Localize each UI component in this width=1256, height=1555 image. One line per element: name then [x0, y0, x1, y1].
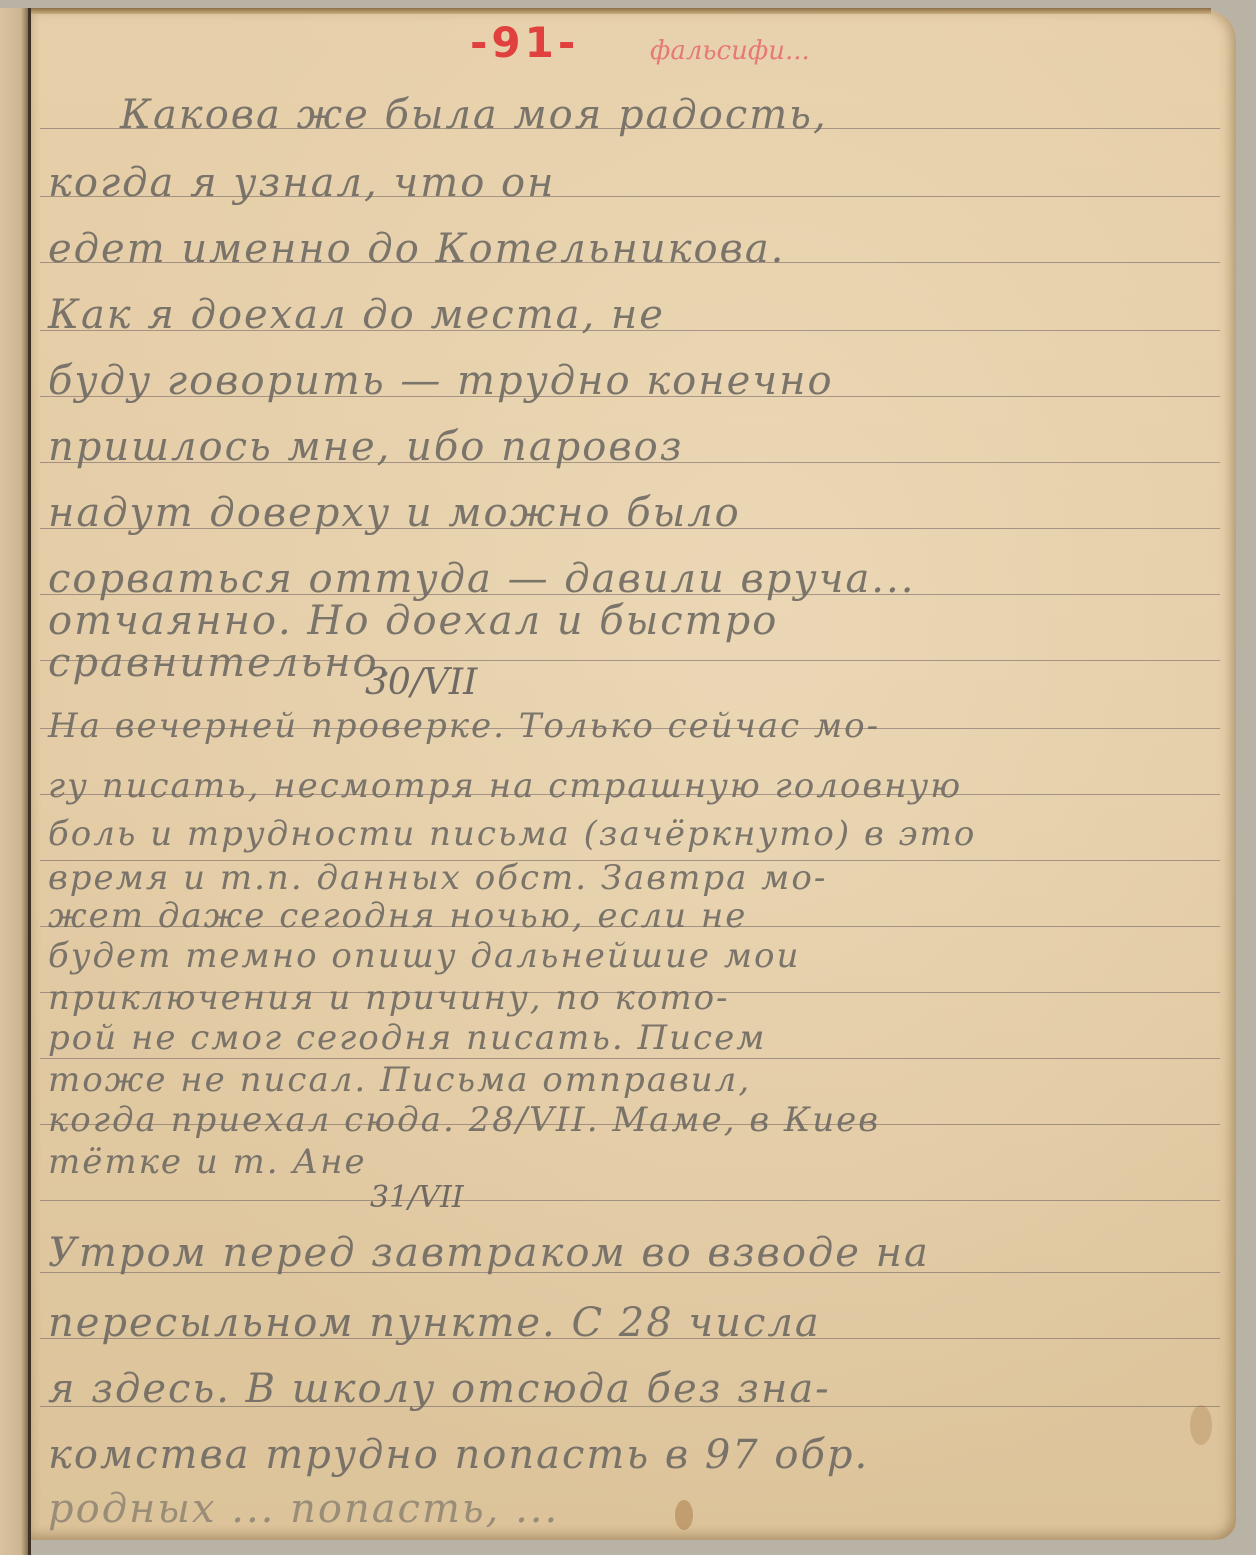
facing-page-edge — [0, 8, 30, 1555]
entry-date: 30/VII — [365, 662, 477, 703]
text-line: жет даже сегодня ночью, если не — [48, 896, 747, 936]
text-line: боль и трудности письма (зачёркнуто) в э… — [48, 814, 976, 854]
text-line: рой не смог сегодня писать. Писем — [48, 1018, 766, 1058]
text-line: тоже не писал. Письма отправил, — [48, 1060, 751, 1100]
ruled-line — [40, 1058, 1220, 1059]
text-line: Как я доехал до места, не — [48, 292, 665, 338]
text-line: будет темно опишу дальнейшие мои — [48, 936, 800, 976]
text-line: комства трудно попасть в 97 обр. — [48, 1432, 869, 1478]
paper-stain — [675, 1500, 693, 1530]
text-line: время и т.п. данных обст. Завтра мо- — [48, 858, 827, 898]
text-line: едет именно до Котельникова. — [48, 226, 785, 272]
paper-stain — [1190, 1405, 1212, 1445]
page-number: -91- — [470, 18, 579, 67]
text-line: На вечерней проверке. Только сейчас мо- — [48, 706, 880, 746]
text-line: пришлось мне, ибо паровоз — [48, 424, 684, 470]
text-line: отчаянно. Но доехал и быстро — [48, 598, 778, 644]
text-line: надут доверху и можно было — [48, 490, 741, 536]
page-top-edge — [31, 8, 1211, 14]
text-line: я здесь. В школу отсюда без зна- — [48, 1366, 831, 1412]
text-line: Утром перед завтраком во взводе на — [48, 1230, 930, 1276]
text-line: сравнительно. — [48, 640, 393, 686]
entry-date: 31/VII — [370, 1180, 464, 1215]
text-line: Какова же была моя радость, — [120, 92, 828, 138]
ruled-line — [40, 1200, 1220, 1201]
text-line: пересыльном пункте. С 28 числа — [48, 1300, 821, 1346]
text-line: когда я узнал, что он — [48, 160, 555, 206]
text-line: сорваться оттуда — давили вруча... — [48, 556, 915, 602]
text-line: когда приехал сюда. 28/VII. Маме, в Киев — [48, 1100, 880, 1140]
text-line: приключения и причину, по кото- — [48, 978, 730, 1018]
red-annotation: фальсифи... — [650, 36, 810, 66]
text-line: родных ... попасть, ... — [48, 1486, 559, 1532]
text-line: буду говорить — трудно конечно — [48, 358, 834, 404]
text-line: гу писать, несмотря на страшную головную — [48, 766, 962, 806]
text-line: тётке и т. Ане — [48, 1142, 367, 1182]
